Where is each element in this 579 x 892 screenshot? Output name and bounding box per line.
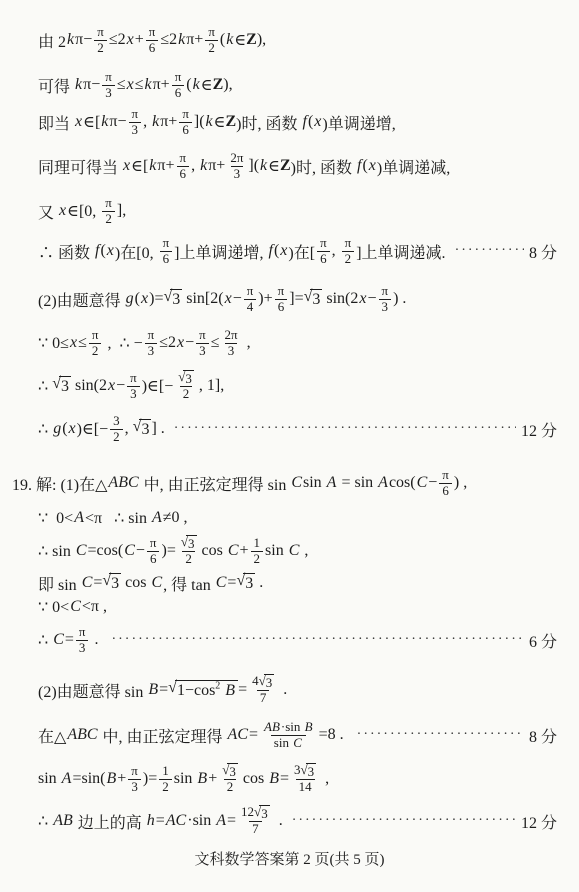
radicand: 3 — [243, 573, 255, 593]
text-run: π — [148, 327, 155, 342]
numerator: 2π — [227, 151, 246, 166]
text-run: π− — [109, 113, 126, 131]
square-root: √1−cos2 B — [168, 680, 238, 700]
text-run: cos — [202, 542, 227, 560]
text-run: π — [105, 69, 112, 84]
fraction: π6 — [275, 284, 288, 315]
score-label: 6 分 — [529, 629, 557, 652]
math-variable: B — [268, 770, 280, 788]
math-variable: C — [215, 574, 228, 592]
text-run: sin — [274, 735, 292, 750]
denominator: 2 — [102, 211, 115, 227]
formula-line: 又 x∈[0, π2], — [38, 193, 557, 229]
fraction: π3 — [145, 328, 158, 359]
text-run: . — [90, 631, 106, 649]
fraction: π3 — [379, 284, 392, 315]
text-run: , — [332, 242, 340, 260]
denominator: 2 — [224, 779, 237, 795]
text-run: π — [131, 763, 138, 778]
fraction: π2 — [342, 236, 355, 267]
text-run: sin — [265, 542, 288, 560]
math-variable: A — [215, 812, 227, 830]
text-run: 同理可得当 — [38, 155, 122, 178]
document-page: 由 2kπ−π2≤2x+π6≤2kπ+π2(k∈Z), 可得 kπ−π3≤x≤k… — [0, 0, 579, 892]
text-run: ], — [117, 202, 126, 220]
denominator: 6 — [179, 122, 192, 138]
math-variable: k — [199, 157, 208, 175]
text-run: + — [240, 542, 249, 560]
math-variable: B — [105, 770, 117, 788]
text-run: 中, 由正弦定理得 sin — [140, 472, 291, 495]
math-variable: AC — [165, 812, 187, 830]
math-variable: k — [100, 113, 109, 131]
fraction: π3 — [196, 328, 209, 359]
numerator: π — [379, 284, 392, 299]
text-run: 即当 — [38, 111, 74, 134]
text-run: sin — [38, 770, 61, 788]
score-label: 12 分 — [521, 418, 557, 441]
text-run: , 1], — [199, 377, 224, 395]
text-run: π — [163, 235, 170, 250]
text-run: ) , — [454, 474, 467, 492]
text-run: 3 — [266, 675, 273, 690]
numerator: π — [102, 70, 115, 85]
fraction: 4√37 — [249, 674, 277, 707]
square-root: √3 — [259, 674, 275, 691]
text-run: ) . — [393, 290, 406, 308]
formula-line: 可得 kπ−π3≤x≤kπ+π6(k∈Z), — [38, 67, 557, 103]
leader-dots: ········································… — [357, 727, 524, 743]
text-run: − — [185, 334, 194, 352]
math-variable: AC — [227, 726, 249, 744]
text-run: 3 — [141, 421, 149, 438]
text-run: )时, 函数 — [236, 111, 301, 134]
text-run: ≤ — [211, 334, 220, 352]
math-variable: h — [146, 812, 156, 830]
numerator: π — [76, 625, 89, 640]
text-run: 3 — [261, 806, 268, 821]
text-run: 2π — [230, 150, 243, 165]
math-variable: A — [61, 770, 73, 788]
text-run: 2 — [183, 386, 190, 401]
fraction: 32 — [110, 414, 123, 445]
math-variable: x — [176, 334, 185, 352]
square-root: √3 — [304, 289, 323, 309]
formula-line: 即当 x∈[kπ−π3, kπ+π6](k∈Z)时, 函数 f(x)单调递增, — [38, 104, 557, 140]
math-variable: x — [140, 290, 149, 308]
text-run: = — [238, 681, 247, 699]
radicand: 3 — [259, 805, 270, 822]
text-run: 3 — [113, 413, 120, 428]
text-run: )单调递减, — [377, 155, 450, 178]
formula-line: 即 sin C=√3 cos C, 得 tan C=√3 . — [38, 571, 557, 595]
text-run: + — [135, 31, 144, 49]
text-run: 又 — [38, 200, 58, 223]
text-run: ∴ — [38, 419, 52, 439]
fraction: AB·sin Bsin C — [260, 720, 317, 751]
fraction: π6 — [179, 107, 192, 138]
fraction: 2π3 — [222, 328, 241, 359]
formula-line: ∴ √3 sin(2x−π3)∈[−√32, 1], — [38, 368, 557, 404]
text-run: π+ — [153, 76, 170, 94]
text-run: 6 — [180, 166, 187, 181]
text-run: π — [150, 535, 157, 550]
text-run: = — [65, 631, 74, 649]
text-run: 3 — [131, 779, 138, 794]
text-run: π — [278, 283, 285, 298]
text-run: ≤2 — [160, 31, 177, 49]
square-root: √3 — [178, 370, 194, 387]
denominator: 6 — [172, 85, 185, 101]
text-run: ]( — [248, 157, 259, 175]
math-variable: k — [74, 76, 83, 94]
text-run: ∵ 0< — [38, 508, 73, 528]
math-variable: g — [52, 420, 62, 438]
text-run: π− — [83, 76, 100, 94]
numerator: π — [128, 764, 141, 779]
text-run: ∈ — [268, 156, 280, 176]
numerator: π — [275, 284, 288, 299]
denominator: 2 — [94, 40, 107, 56]
square-root: √3 — [163, 289, 182, 309]
math-bold-symbol: Z — [226, 113, 237, 131]
math-variable: x — [224, 290, 233, 308]
fraction: π2 — [94, 25, 107, 56]
math-variable: x — [126, 76, 135, 94]
numerator: 12√3 — [238, 805, 273, 822]
numerator: AB·sin B — [260, 720, 317, 735]
text-run: ), — [257, 31, 266, 49]
text-run: π — [382, 283, 389, 298]
fraction: π6 — [439, 468, 452, 499]
formula-line: ∴ AB 边上的高 h=AC·sin A=12√37 . ···········… — [38, 803, 557, 839]
denominator: 6 — [439, 483, 452, 499]
text-run: π+ — [208, 157, 225, 175]
radicand: 3 — [227, 763, 238, 780]
math-variable: B — [304, 719, 314, 734]
denominator: 3 — [127, 386, 140, 402]
math-bold-symbol: Z — [246, 31, 257, 49]
formula-line: ∵ 0<C<π , — [38, 595, 557, 619]
square-root: √3 — [181, 535, 197, 552]
denominator: 6 — [160, 251, 173, 267]
text-run: π — [149, 24, 156, 39]
math-variable: AB — [263, 719, 281, 734]
fraction: π3 — [76, 625, 89, 656]
denominator: 6 — [177, 166, 190, 182]
formula-line-problem-19: 19. 解: (1)在△ABC 中, 由正弦定理得 sin Csin A = s… — [12, 465, 557, 501]
math-variable: C — [123, 542, 136, 560]
denominator: 3 — [76, 640, 89, 656]
numerator: π — [160, 236, 173, 251]
math-variable: C — [292, 735, 303, 750]
fraction: 12 — [251, 536, 264, 567]
fraction: π6 — [177, 151, 190, 182]
formula-line: 由 2kπ−π2≤2x+π6≤2kπ+π2(k∈Z), — [38, 22, 557, 58]
text-run: 6 — [320, 251, 327, 266]
math-variable: k — [225, 31, 234, 49]
text-run: 3 — [111, 575, 119, 592]
numerator: 1 — [159, 764, 172, 779]
leader-dots: ········································… — [292, 813, 516, 829]
text-run: 2 — [254, 551, 261, 566]
math-bold-symbol: Z — [213, 76, 224, 94]
text-run: ∈ — [201, 75, 213, 95]
text-run: = sin — [337, 474, 377, 492]
math-variable: ABC — [66, 726, 98, 744]
fraction: √32 — [175, 370, 197, 403]
math-variable: k — [66, 31, 75, 49]
text-run: π — [97, 24, 104, 39]
text-run: 7 — [260, 690, 267, 705]
math-variable: x — [106, 242, 115, 260]
text-run: 3 — [172, 291, 180, 308]
text-run: )时, 函数 — [291, 155, 356, 178]
text-run: 3 — [130, 386, 137, 401]
math-variable: C — [81, 574, 94, 592]
fraction: √32 — [219, 763, 241, 796]
text-run: . — [275, 812, 287, 830]
text-run: ]= — [289, 290, 303, 308]
formula-line: sin A=sin(B+π3)=12sin B+√32cos B=3√314 , — [38, 761, 557, 797]
text-run: )在[0, — [115, 240, 158, 263]
text-run: = — [156, 812, 165, 830]
text-run: 3 — [245, 575, 253, 592]
text-run: 3 — [229, 764, 236, 779]
text-run: ∴ — [38, 811, 52, 831]
score-label: 8 分 — [529, 724, 557, 747]
denominator: 3 — [145, 343, 158, 359]
formula-line: ∴ sin C=cos(C−π6)=√32cos C+12sin C , — [38, 533, 557, 569]
math-variable: k — [259, 157, 268, 175]
denominator: 2 — [89, 343, 102, 359]
math-variable: x — [126, 31, 135, 49]
text-run: , — [191, 157, 199, 175]
denominator: 6 — [317, 251, 330, 267]
text-run: ≤2 — [159, 334, 176, 352]
math-variable: x — [279, 242, 288, 260]
text-run: 6 — [163, 251, 170, 266]
math-variable: B — [224, 682, 236, 699]
text-run: , ∴ − — [103, 333, 142, 353]
math-variable: k — [177, 31, 186, 49]
text-run: =cos( — [88, 542, 124, 560]
text-run: = — [227, 574, 236, 592]
math-variable: A — [326, 474, 338, 492]
numerator: π — [205, 25, 218, 40]
formula-line: (2)由题意得 sin B=√1−cos2 B=4√37 . — [38, 672, 557, 708]
fraction: π6 — [317, 236, 330, 267]
text-run: , — [143, 113, 151, 131]
text-run: 6 — [150, 551, 157, 566]
denominator: sin C — [271, 735, 306, 751]
text-run: 1−cos — [177, 682, 215, 699]
denominator: 3 — [129, 122, 142, 138]
math-variable: x — [74, 113, 83, 131]
math-variable: g — [125, 290, 135, 308]
text-run: ), — [223, 76, 232, 94]
text-run: 3 — [382, 299, 389, 314]
math-variable: A — [73, 509, 85, 527]
text-run: π− — [75, 31, 92, 49]
text-run: 3 — [312, 291, 320, 308]
text-run: π — [247, 283, 254, 298]
denominator: 4 — [244, 299, 257, 315]
numerator: √3 — [175, 370, 197, 387]
text-run: π — [180, 150, 187, 165]
text-run: 3 — [61, 378, 69, 395]
text-run: , — [300, 542, 308, 560]
text-run: π — [92, 327, 99, 342]
math-variable: A — [151, 509, 163, 527]
radicand: 3 — [59, 376, 71, 396]
text-run: = — [93, 574, 102, 592]
text-run: , — [125, 420, 133, 438]
text-run: ≤ — [135, 76, 144, 94]
text-run: sin — [174, 770, 197, 788]
radicand: 3 — [306, 763, 317, 780]
math-variable: C — [290, 474, 303, 492]
leader-dots: ········································… — [174, 421, 516, 437]
text-run: 1 — [162, 763, 169, 778]
text-run: , — [243, 334, 251, 352]
square-root: √3 — [52, 376, 71, 396]
numerator: √3 — [219, 763, 241, 780]
fraction: π2 — [205, 25, 218, 56]
text-run: π — [345, 235, 352, 250]
numerator: π — [196, 328, 209, 343]
denominator: 2 — [182, 551, 195, 567]
math-variable: k — [151, 113, 160, 131]
denominator: 3 — [102, 85, 115, 101]
text-run: − — [233, 290, 242, 308]
text-run: π — [199, 327, 206, 342]
text-run: ∈[ — [131, 156, 148, 176]
formula-line: (2)由题意得 g(x)=√3 sin[2(x−π4)+π6]=√3 sin(2… — [38, 281, 557, 317]
text-run: 边上的高 — [74, 810, 146, 833]
denominator: 2 — [251, 551, 264, 567]
text-run: 1 — [254, 535, 261, 550]
text-run: cos — [121, 574, 150, 592]
text-run: 2 — [97, 40, 104, 55]
fraction: π2 — [89, 328, 102, 359]
leader-dots: ········································… — [455, 243, 524, 259]
page-footer: 文科数学答案第 2 页(共 5 页) — [0, 848, 579, 869]
text-run: )= — [162, 542, 176, 560]
text-run: ]上单调递减. — [356, 240, 449, 263]
text-run: = — [227, 812, 236, 830]
fraction: π3 — [102, 70, 115, 101]
math-variable: C — [69, 598, 82, 616]
text-run: 6 — [182, 122, 189, 137]
text-run: <π ∴ sin — [85, 508, 151, 528]
radicand: 3 — [310, 289, 322, 309]
text-run: π — [132, 106, 139, 121]
text-run: 19. 解: (1)在△ — [12, 472, 107, 495]
numerator: π — [94, 25, 107, 40]
math-variable: AB — [52, 812, 74, 830]
fraction: π3 — [127, 371, 140, 402]
text-run: )+ — [258, 290, 272, 308]
denominator: 6 — [275, 299, 288, 315]
numerator: π — [177, 151, 190, 166]
text-run: )单调递增, — [322, 111, 395, 134]
numerator: π — [145, 328, 158, 343]
numerator: π — [172, 70, 185, 85]
text-run: − — [136, 542, 145, 560]
text-run: 2 — [162, 779, 169, 794]
square-root: √3 — [102, 573, 121, 593]
text-run: π — [320, 235, 327, 250]
score-label: 8 分 — [529, 240, 557, 263]
leader-dots: ········································… — [111, 632, 524, 648]
text-run: cos — [243, 770, 268, 788]
text-run: 2π — [225, 327, 238, 342]
text-run: + — [117, 770, 126, 788]
text-run: ]上单调递增, — [174, 240, 267, 263]
text-run: 2 — [105, 211, 112, 226]
math-variable: k — [143, 76, 152, 94]
formula-line: ∴ 函数 f(x)在[0, π6]上单调递增, f(x)在[π6, π2]上单调… — [38, 233, 557, 269]
text-run: ∵ 0< — [38, 597, 69, 617]
text-run: π+ — [186, 31, 203, 49]
fraction: π6 — [160, 236, 173, 267]
score-label: 12 分 — [521, 810, 557, 833]
text-run: 6 — [175, 85, 182, 100]
text-run: 中, 由正弦定理得 — [99, 724, 227, 747]
text-run: )= — [149, 290, 163, 308]
math-variable: x — [107, 377, 116, 395]
denominator: 6 — [146, 40, 159, 56]
numerator: π — [89, 328, 102, 343]
denominator: 6 — [147, 551, 160, 567]
text-run: )∈[− — [77, 419, 109, 439]
text-run: ≤2 — [109, 31, 126, 49]
text-run: , 得 tan — [163, 572, 215, 595]
math-variable: ABC — [107, 474, 139, 492]
text-run: ∴ — [38, 376, 52, 396]
radicand: 3 — [109, 573, 121, 593]
text-run: ∴ sin — [38, 541, 75, 561]
formula-line: ∵ 0<A<π ∴ sin A≠0 , — [38, 506, 557, 530]
text-run: 3 — [79, 640, 86, 655]
text-run: ] . — [151, 420, 168, 438]
text-run: 3 — [132, 122, 139, 137]
text-run: <π , — [82, 598, 107, 616]
denominator: 2 — [342, 251, 355, 267]
square-root: √3 — [133, 419, 152, 439]
text-run: . — [279, 681, 287, 699]
text-run: 12 — [241, 804, 254, 819]
text-run: ∈[0, — [67, 201, 100, 221]
math-variable: C — [416, 474, 429, 492]
text-run: − — [428, 474, 437, 492]
text-run: (2)由题意得 — [38, 288, 125, 311]
text-run: π — [105, 195, 112, 210]
denominator: 2 — [110, 429, 123, 445]
math-variable: x — [68, 420, 77, 438]
text-run: 3 — [228, 343, 235, 358]
text-run: 7 — [252, 821, 259, 836]
text-run: ∈ — [234, 30, 246, 50]
formula-line: ∴ g(x)∈[−32, √3] . ·····················… — [38, 411, 557, 447]
text-run: 在△ — [38, 724, 66, 747]
text-run: 3 — [148, 343, 155, 358]
denominator: 7 — [249, 821, 262, 837]
text-run: 3 — [308, 764, 315, 779]
math-variable: C — [75, 542, 88, 560]
text-run: 3 — [188, 536, 195, 551]
